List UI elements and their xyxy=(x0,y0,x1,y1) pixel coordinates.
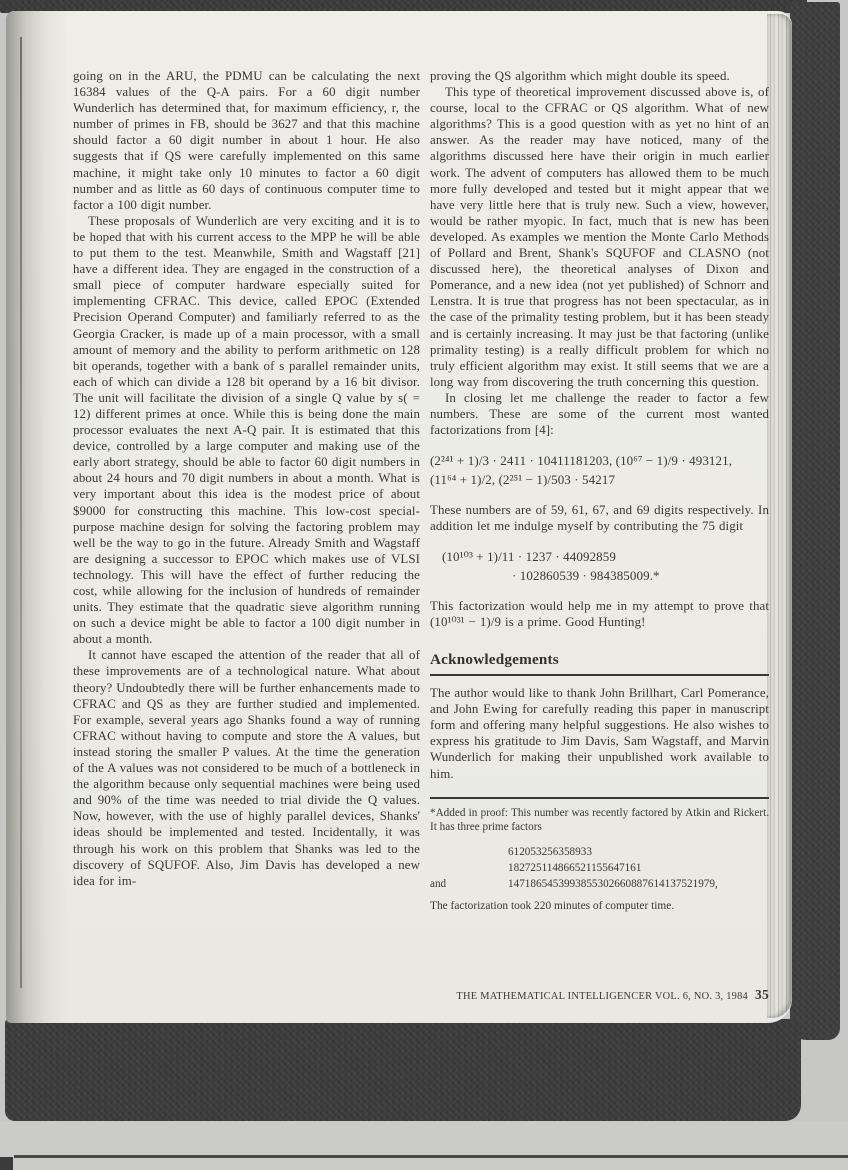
scan-artifact-corner xyxy=(0,1157,13,1170)
contributed-number-formula: (10¹⁰³ + 1)/11 · 1237 · 44092859 · 10286… xyxy=(430,547,769,585)
paragraph: going on in the ARU, the PDMU can be cal… xyxy=(73,68,420,213)
paragraph: It cannot have escaped the attention of … xyxy=(73,647,420,888)
factor-and-label: and xyxy=(430,876,508,892)
heading-rule xyxy=(430,674,769,677)
binding-crease-line xyxy=(20,37,22,988)
page-footer: THE MATHEMATICAL INTELLIGENCER VOL. 6, N… xyxy=(430,987,769,1003)
factor-row: and 147186545399385530266088761413752197… xyxy=(430,876,769,892)
most-wanted-factorizations-formula: (2²⁴¹ + 1)/3 · 2411 · 10411181203, (10⁶⁷… xyxy=(430,451,769,489)
factor-row: 612053256358933 xyxy=(430,844,769,860)
paragraph: This factorization would help me in my a… xyxy=(430,598,769,630)
footnote-rule xyxy=(430,797,769,799)
binding-shadow xyxy=(6,11,68,1023)
footnote-closing: The factorization took 220 minutes of co… xyxy=(430,900,769,912)
formula-line: · 102860539 · 984385009.* xyxy=(430,566,769,585)
right-column: proving the QS algorithm which might dou… xyxy=(430,68,769,912)
factor-value: 1471865453993855302660887614137521979, xyxy=(508,876,769,892)
footnote-text: *Added in proof: This number was recentl… xyxy=(430,806,769,835)
formula-line: (11⁶⁴ + 1)/2, (2²⁵¹ − 1)/503 · 54217 xyxy=(430,470,769,489)
left-column: going on in the ARU, the PDMU can be cal… xyxy=(73,68,420,889)
factor-prefix xyxy=(430,844,508,860)
scanner-bed-strip xyxy=(0,1121,848,1170)
factor-prefix xyxy=(430,860,508,876)
acknowledgements-body: The author would like to thank John Bril… xyxy=(430,685,769,782)
scanner-edge-right xyxy=(790,2,840,1040)
paragraph: This type of theoretical improvement dis… xyxy=(430,84,769,390)
scanner-edge-bottom xyxy=(5,1019,801,1121)
factor-value: 612053256358933 xyxy=(508,844,769,860)
acknowledgements-heading: Acknowledgements xyxy=(430,651,769,669)
prime-factors-list: 612053256358933 182725114866521155647161… xyxy=(430,844,769,893)
page-edges-strip xyxy=(767,14,792,1018)
paragraph: These proposals of Wunderlich are very e… xyxy=(73,213,420,648)
journal-page: going on in the ARU, the PDMU can be cal… xyxy=(6,11,792,1023)
page-number: 35 xyxy=(755,987,769,1002)
paragraph: These numbers are of 59, 61, 67, and 69 … xyxy=(430,502,769,534)
factor-row: 182725114866521155647161 xyxy=(430,860,769,876)
journal-citation: THE MATHEMATICAL INTELLIGENCER VOL. 6, N… xyxy=(456,991,748,1002)
scanned-journal-page: { "left_column": { "paragraphs": [ "goin… xyxy=(0,0,848,1170)
formula-line: (10¹⁰³ + 1)/11 · 1237 · 44092859 xyxy=(430,547,769,566)
formula-line: (2²⁴¹ + 1)/3 · 2411 · 10411181203, (10⁶⁷… xyxy=(430,451,769,470)
factor-value: 182725114866521155647161 xyxy=(508,860,769,876)
paragraph: In closing let me challenge the reader t… xyxy=(430,390,769,438)
paragraph: proving the QS algorithm which might dou… xyxy=(430,68,769,84)
scan-artifact-line xyxy=(14,1155,848,1158)
